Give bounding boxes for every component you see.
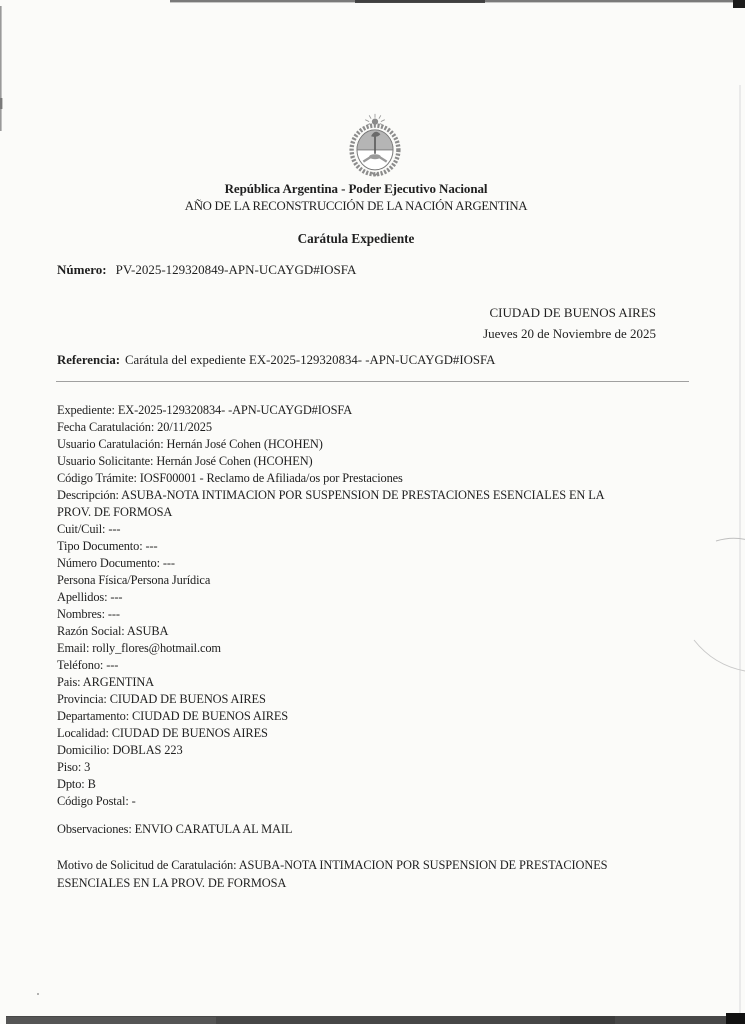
document-line: Nombres: --- — [57, 606, 604, 623]
numero-label: Número: — [57, 262, 107, 277]
document-line: Domicilio: DOBLAS 223 — [57, 742, 604, 759]
document-line: Expediente: EX-2025-129320834- -APN-UCAY… — [57, 402, 604, 419]
motivo-line: Motivo de Solicitud de Caratulación: ASU… — [57, 857, 607, 875]
document-line: Pais: ARGENTINA — [57, 674, 604, 691]
document-line: Cuit/Cuil: --- — [57, 521, 604, 538]
document-line: Descripción: ASUBA-NOTA INTIMACION POR S… — [57, 487, 604, 504]
document-title: Carátula Expediente — [0, 231, 712, 247]
document-line: Departamento: CIUDAD DE BUENOS AIRES — [57, 708, 604, 725]
referencia-line: Referencia:Carátula del expediente EX-20… — [57, 353, 495, 368]
date-line: Jueves 20 de Noviembre de 2025 — [483, 324, 656, 345]
place-date-block: CIUDAD DE BUENOS AIRES Jueves 20 de Novi… — [483, 303, 656, 344]
document-line: Tipo Documento: --- — [57, 538, 604, 555]
document-line: Número Documento: --- — [57, 555, 604, 572]
document-line: PROV. DE FORMOSA — [57, 504, 604, 521]
numero-line: Número:PV-2025-129320849-APN-UCAYGD#IOSF… — [57, 262, 356, 278]
numero-value: PV-2025-129320849-APN-UCAYGD#IOSFA — [116, 262, 357, 277]
document-line: Razón Social: ASUBA — [57, 623, 604, 640]
document-line: Email: rolly_flores@hotmail.com — [57, 640, 604, 657]
divider-line — [56, 381, 689, 382]
header-year-line: AÑO DE LA RECONSTRUCCIÓN DE LA NACIÓN AR… — [0, 199, 712, 214]
document-line: Teléfono: --- — [57, 657, 604, 674]
referencia-value: Carátula del expediente EX-2025-12932083… — [125, 353, 495, 367]
motivo-line: ESENCIALES EN LA PROV. DE FORMOSA — [57, 875, 607, 893]
document-line: Apellidos: --- — [57, 589, 604, 606]
scanned-document-page: República Argentina - Poder Ejecutivo Na… — [0, 0, 745, 1024]
argentina-coat-of-arms-icon — [336, 111, 414, 181]
city-line: CIUDAD DE BUENOS AIRES — [483, 303, 656, 324]
document-line: Usuario Caratulación: Hernán José Cohen … — [57, 436, 604, 453]
document-line: Dpto: B — [57, 776, 604, 793]
observaciones-line: Observaciones: ENVIO CARATULA AL MAIL — [57, 822, 292, 837]
document-line: Código Postal: - — [57, 793, 604, 810]
document-line: Usuario Solicitante: Hernán José Cohen (… — [57, 453, 604, 470]
header-republic-line: República Argentina - Poder Ejecutivo Na… — [0, 181, 712, 197]
referencia-label: Referencia: — [57, 353, 120, 367]
expediente-details: Expediente: EX-2025-129320834- -APN-UCAY… — [57, 402, 604, 810]
document-line: Piso: 3 — [57, 759, 604, 776]
document-line: Provincia: CIUDAD DE BUENOS AIRES — [57, 691, 604, 708]
document-line: Persona Física/Persona Jurídica — [57, 572, 604, 589]
document-line: Fecha Caratulación: 20/11/2025 — [57, 419, 604, 436]
motivo-block: Motivo de Solicitud de Caratulación: ASU… — [57, 857, 607, 892]
document-line: Localidad: CIUDAD DE BUENOS AIRES — [57, 725, 604, 742]
document-line: Código Trámite: IOSF00001 - Reclamo de A… — [57, 470, 604, 487]
